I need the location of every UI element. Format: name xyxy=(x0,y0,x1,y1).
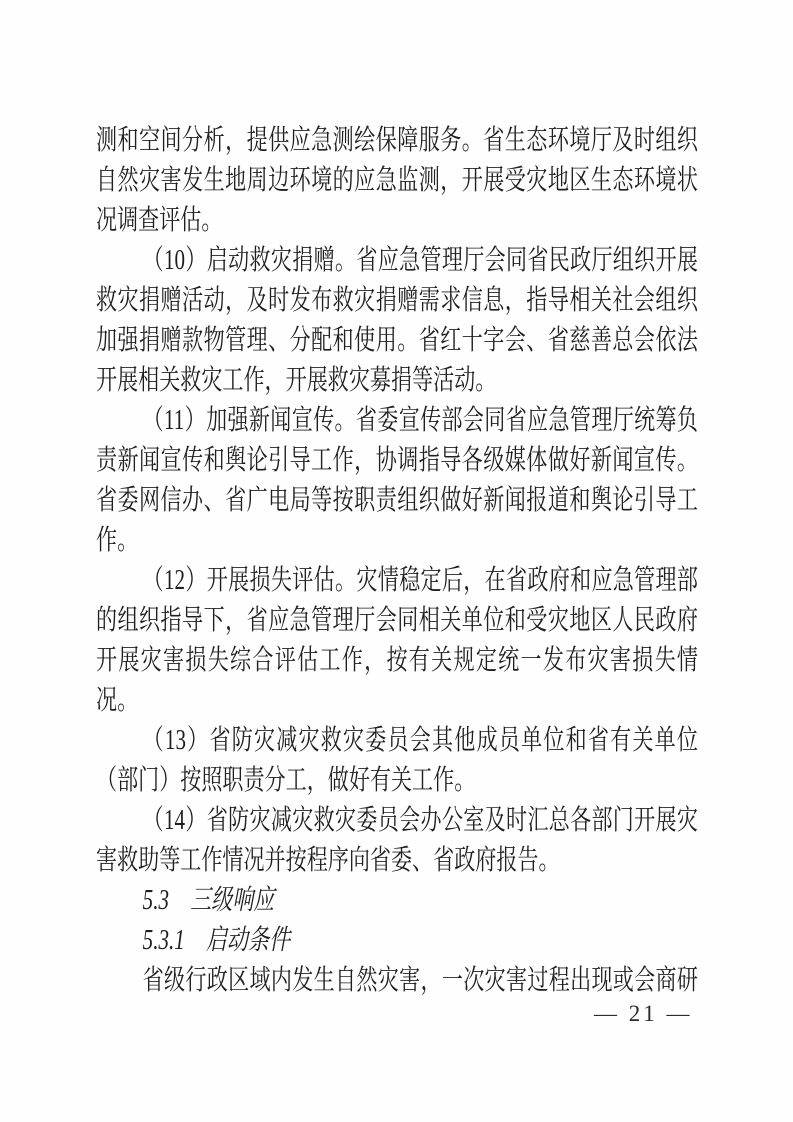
text-line: 作。 xyxy=(96,521,698,561)
section-heading: 5.3.1 启动条件 xyxy=(96,921,698,961)
text-line: 自然灾害发生地周边环境的应急监测，开展受灾地区生态环境状 xyxy=(96,161,698,201)
document-body: 测和空间分析，提供应急测绘保障服务。省生态环境厅及时组织自然灾害发生地周边环境的… xyxy=(96,121,698,1001)
text-line: 责新闻宣传和舆论引导工作，协调指导各级媒体做好新闻宣传。 xyxy=(96,441,698,481)
text-line: 害救助等工作情况并按程序向省委、省政府报告。 xyxy=(96,841,698,881)
text-line: 救灾捐赠活动，及时发布救灾捐赠需求信息，指导相关社会组织 xyxy=(96,281,698,321)
text-line: （11）加强新闻宣传。省委宣传部会同省应急管理厅统筹负 xyxy=(96,401,698,441)
page-number: — 21 — xyxy=(594,1001,693,1027)
text-line: 开展灾害损失综合评估工作，按有关规定统一发布灾害损失情 xyxy=(96,641,698,681)
text-line: 省委网信办、省广电局等按职责组织做好新闻报道和舆论引导工 xyxy=(96,481,698,521)
text-line: 加强捐赠款物管理、分配和使用。省红十字会、省慈善总会依法 xyxy=(96,321,698,361)
text-line: （10）启动救灾捐赠。省应急管理厅会同省民政厅组织开展 xyxy=(96,241,698,281)
document-page: 测和空间分析，提供应急测绘保障服务。省生态环境厅及时组织自然灾害发生地周边环境的… xyxy=(0,0,793,1122)
section-heading: 5.3 三级响应 xyxy=(96,881,698,921)
text-line: （12）开展损失评估。灾情稳定后，在省政府和应急管理部 xyxy=(96,561,698,601)
text-line: 的组织指导下，省应急管理厅会同相关单位和受灾地区人民政府 xyxy=(96,601,698,641)
text-line: （13）省防灾减灾救灾委员会其他成员单位和省有关单位 xyxy=(96,721,698,761)
text-line: （部门）按照职责分工，做好有关工作。 xyxy=(96,761,698,801)
text-line: 省级行政区域内发生自然灾害，一次灾害过程出现或会商研 xyxy=(96,961,698,1001)
text-line: 开展相关救灾工作，开展救灾募捐等活动。 xyxy=(96,361,698,401)
text-line: 测和空间分析，提供应急测绘保障服务。省生态环境厅及时组织 xyxy=(96,121,698,161)
text-line: 况。 xyxy=(96,681,698,721)
text-line: 况调查评估。 xyxy=(96,201,698,241)
text-line: （14）省防灾减灾救灾委员会办公室及时汇总各部门开展灾 xyxy=(96,801,698,841)
